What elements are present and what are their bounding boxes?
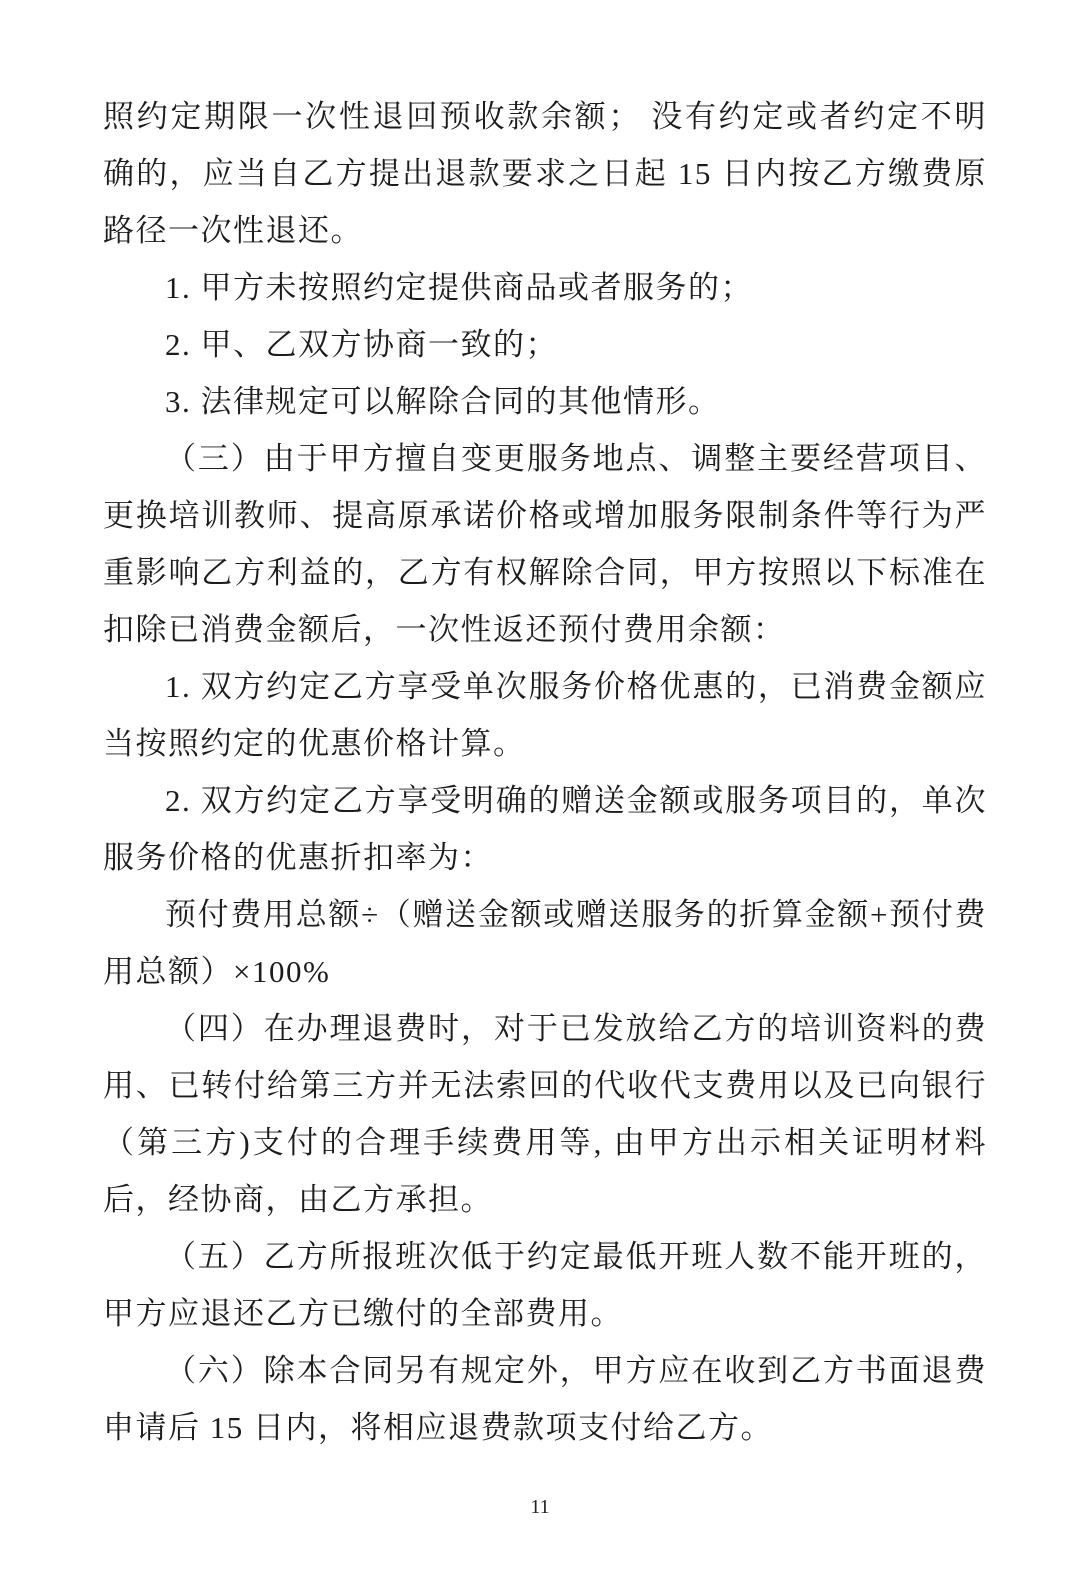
- paragraph-list-item-3: 3. 法律规定可以解除合同的其他情形。: [103, 373, 987, 430]
- paragraph-list-item-1: 1. 甲方未按照约定提供商品或者服务的；: [103, 259, 987, 316]
- page-footer: 11: [0, 1496, 1080, 1519]
- page-number: 11: [530, 1496, 549, 1518]
- paragraph-clause-5: （五）乙方所报班次低于约定最低开班人数不能开班的，甲方应退还乙方已缴付的全部费用…: [103, 1228, 987, 1342]
- paragraph-clause-6: （六）除本合同另有规定外，甲方应在收到乙方书面退费申请后 15 日内，将相应退费…: [103, 1342, 987, 1456]
- paragraph-clause-3-item-1: 1. 双方约定乙方享受单次服务价格优惠的，已消费金额应当按照约定的优惠价格计算。: [103, 658, 987, 772]
- paragraph-list-item-2: 2. 甲、乙双方协商一致的；: [103, 316, 987, 373]
- document-page: 照约定期限一次性退回预收款余额； 没有约定或者约定不明确的，应当自乙方提出退款要…: [0, 0, 1080, 1575]
- paragraph-clause-3: （三）由于甲方擅自变更服务地点、调整主要经营项目、更换培训教师、提高原承诺价格或…: [103, 430, 987, 658]
- paragraph-formula: 预付费用总额÷（赠送金额或赠送服务的折算金额+预付费用总额）×100%: [103, 886, 987, 1000]
- paragraph-continuation: 照约定期限一次性退回预收款余额； 没有约定或者约定不明确的，应当自乙方提出退款要…: [103, 88, 987, 259]
- paragraph-clause-4: （四）在办理退费时，对于已发放给乙方的培训资料的费用、已转付给第三方并无法索回的…: [103, 1000, 987, 1228]
- paragraph-clause-3-item-2: 2. 双方约定乙方享受明确的赠送金额或服务项目的，单次服务价格的优惠折扣率为：: [103, 772, 987, 886]
- contract-body: 照约定期限一次性退回预收款余额； 没有约定或者约定不明确的，应当自乙方提出退款要…: [103, 88, 987, 1456]
